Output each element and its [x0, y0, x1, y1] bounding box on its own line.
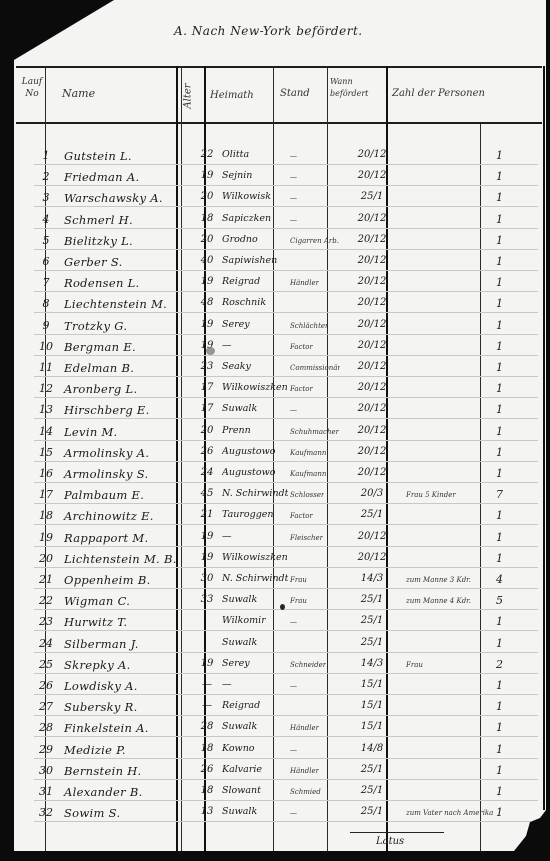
col-divider-persons-count: [480, 124, 481, 851]
row-rule: [34, 461, 538, 462]
row-number: 17: [34, 488, 58, 501]
row-age: 17: [196, 403, 218, 414]
row-count: 7: [496, 488, 503, 501]
row-age: 48: [196, 297, 218, 308]
row-date: 25/1: [346, 637, 398, 648]
row-number: 30: [34, 764, 58, 777]
row-home: Kalvarie: [222, 764, 262, 775]
col-divider-name-age-b: [181, 66, 182, 851]
row-age: 19: [196, 276, 218, 287]
row-count: 1: [496, 297, 503, 310]
col-divider-name-age-a: [176, 66, 178, 851]
row-rule: [34, 418, 538, 419]
row-age: 18: [196, 743, 218, 754]
row-date: 25/1: [346, 509, 398, 520]
row-count: 1: [496, 382, 503, 395]
row-date: 14/3: [346, 658, 398, 669]
row-home: Olitta: [222, 149, 249, 160]
row-age: 33: [196, 594, 218, 605]
row-home: Augustowo: [222, 467, 275, 478]
row-note: Frau 5 Kinder: [406, 491, 456, 499]
row-home: Slowant: [222, 785, 261, 796]
row-age: 20: [196, 425, 218, 436]
header-zahl-der-personen: Zahl der Personen: [392, 88, 485, 100]
row-rule: [34, 397, 538, 398]
row-home: —: [222, 679, 232, 690]
header-lauf-no: Lauf No: [20, 76, 44, 100]
row-home: Wilkomir: [222, 615, 266, 626]
row-name: Levin M.: [64, 425, 118, 439]
row-number: 32: [34, 806, 58, 819]
row-rule: [34, 758, 538, 759]
row-number: 21: [34, 573, 58, 586]
row-date: 20/12: [346, 340, 398, 351]
row-stand: —: [290, 406, 297, 414]
row-age: 19: [196, 552, 218, 563]
row-stand: Cigarren Arb.: [290, 237, 339, 245]
row-age: 17: [196, 382, 218, 393]
row-stand: —: [290, 152, 297, 160]
row-age: —: [196, 679, 218, 690]
row-rule: [34, 206, 538, 207]
row-name: Silberman J.: [64, 637, 139, 651]
row-home: Wilkowisk: [222, 191, 271, 202]
row-rule: [34, 736, 538, 737]
row-number: 29: [34, 743, 58, 756]
row-name: Hirschberg E.: [64, 403, 150, 417]
row-date: 20/12: [346, 170, 398, 181]
row-rule: [34, 249, 538, 250]
row-rule: [34, 312, 538, 313]
row-number: 27: [34, 700, 58, 713]
row-name: Friedman A.: [64, 170, 139, 184]
row-date: 25/1: [346, 191, 398, 202]
row-date: 20/12: [346, 382, 398, 393]
row-number: 22: [34, 594, 58, 607]
row-age: 45: [196, 488, 218, 499]
row-number: 19: [34, 531, 58, 544]
row-count: 1: [496, 340, 503, 353]
row-date: 14/3: [346, 573, 398, 584]
row-stand: Händler: [290, 767, 319, 775]
row-name: Archinowitz E.: [64, 509, 154, 523]
row-stand: Commissionär: [290, 364, 340, 372]
row-number: 31: [34, 785, 58, 798]
header-bottom-rule: [16, 122, 542, 124]
row-date: 20/3: [346, 488, 398, 499]
row-stand: Kaufmann: [290, 449, 326, 457]
row-count: 1: [496, 446, 503, 459]
row-name: Schmerl H.: [64, 213, 133, 227]
row-date: 20/12: [346, 149, 398, 160]
row-rule: [34, 503, 538, 504]
row-stand: Factor: [290, 343, 313, 351]
row-date: 20/12: [346, 467, 398, 478]
row-date: 25/1: [346, 764, 398, 775]
header-alter: Alter: [183, 83, 195, 108]
row-count: 1: [496, 615, 503, 628]
row-name: Armolinsky A.: [64, 446, 149, 460]
ink-blot: [280, 604, 285, 610]
row-stand: —: [290, 194, 297, 202]
row-rule: [34, 567, 538, 568]
row-home: Sapiczken: [222, 213, 271, 224]
row-rule: [34, 609, 538, 610]
row-count: 4: [496, 573, 503, 586]
row-name: Edelman B.: [64, 361, 134, 375]
row-home: Suwalk: [222, 806, 257, 817]
row-rule: [34, 715, 538, 716]
row-stand: —: [290, 682, 297, 690]
row-home: Suwalk: [222, 637, 257, 648]
page-number: 4: [528, 830, 539, 851]
row-age: 19: [196, 319, 218, 330]
row-count: 1: [496, 637, 503, 650]
row-count: 5: [496, 594, 503, 607]
header-stand: Stand: [280, 88, 310, 100]
row-home: —: [222, 531, 232, 542]
row-rule: [34, 673, 538, 674]
row-home: N. Schirwindt: [222, 573, 288, 584]
row-number: 1: [34, 149, 58, 162]
row-stand: Factor: [290, 512, 313, 520]
row-number: 4: [34, 213, 58, 226]
row-number: 24: [34, 637, 58, 650]
row-number: 26: [34, 679, 58, 692]
row-name: Liechtenstein M.: [64, 297, 167, 311]
row-home: Kowno: [222, 743, 255, 754]
row-rule: [34, 376, 538, 377]
row-number: 5: [34, 234, 58, 247]
row-rule: [34, 652, 538, 653]
row-count: 1: [496, 255, 503, 268]
row-home: Reigrad: [222, 700, 260, 711]
row-age: 30: [196, 573, 218, 584]
row-date: 20/12: [346, 552, 398, 563]
row-age: 19: [196, 170, 218, 181]
row-rule: [34, 546, 538, 547]
row-age: 20: [196, 191, 218, 202]
row-home: Sapiwishen: [222, 255, 277, 266]
row-age: 18: [196, 213, 218, 224]
row-name: Bielitzky L.: [64, 234, 133, 248]
row-home: Seaky: [222, 361, 251, 372]
row-home: Prenn: [222, 425, 251, 436]
row-number: 16: [34, 467, 58, 480]
ledger-page: A. Nach New-York befördert. Lauf No Name…: [14, 0, 546, 851]
row-name: Hurwitz T.: [64, 615, 127, 629]
row-name: Bergman E.: [64, 340, 136, 354]
row-age: 26: [196, 764, 218, 775]
row-age: 24: [196, 467, 218, 478]
row-number: 10: [34, 340, 58, 353]
row-number: 14: [34, 425, 58, 438]
row-home: Reigrad: [222, 276, 260, 287]
row-count: 1: [496, 785, 503, 798]
row-stand: Schlosser: [290, 491, 324, 499]
row-count: 1: [496, 425, 503, 438]
row-name: Gutstein L.: [64, 149, 132, 163]
row-age: 40: [196, 255, 218, 266]
row-count: 1: [496, 509, 503, 522]
row-stand: —: [290, 746, 297, 754]
row-count: 1: [496, 361, 503, 374]
row-date: 25/1: [346, 785, 398, 796]
row-name: Wigman C.: [64, 594, 130, 608]
latus-label: Latus: [376, 836, 404, 847]
row-number: 18: [34, 509, 58, 522]
row-name: Alexander B.: [64, 785, 143, 799]
row-name: Rodensen L.: [64, 276, 140, 290]
header-heimath: Heimath: [210, 90, 254, 102]
row-count: 1: [496, 403, 503, 416]
row-home: Roschnik: [222, 297, 266, 308]
row-count: 1: [496, 276, 503, 289]
row-count: 2: [496, 658, 503, 671]
row-count: 1: [496, 467, 503, 480]
row-name: Subersky R.: [64, 700, 138, 714]
row-date: 15/1: [346, 721, 398, 732]
row-rule: [34, 291, 538, 292]
row-date: 20/12: [346, 361, 398, 372]
row-number: 13: [34, 403, 58, 416]
row-rule: [34, 440, 538, 441]
row-date: 20/12: [346, 255, 398, 266]
col-divider-age-home: [204, 66, 206, 851]
header-top-rule: [16, 66, 542, 68]
row-name: Warschawsky A.: [64, 191, 163, 205]
row-stand: —: [290, 809, 297, 817]
row-stand: Händler: [290, 724, 319, 732]
row-name: Lowdisky A.: [64, 679, 138, 693]
row-home: Augustowo: [222, 446, 275, 457]
row-name: Gerber S.: [64, 255, 123, 269]
row-name: Aronberg L.: [64, 382, 137, 396]
row-rule: [34, 779, 538, 780]
row-home: Serey: [222, 319, 250, 330]
row-age: 20: [196, 234, 218, 245]
row-stand: Schmied: [290, 788, 321, 796]
row-home: Tauroggen: [222, 509, 274, 520]
row-name: Medizie P.: [64, 743, 126, 757]
row-stand: —: [290, 216, 297, 224]
row-count: 1: [496, 700, 503, 713]
row-name: Trotzky G.: [64, 319, 127, 333]
row-note: zum Manne 4 Kdr.: [406, 597, 471, 605]
row-number: 6: [34, 255, 58, 268]
row-count: 1: [496, 552, 503, 565]
row-rule: [34, 524, 538, 525]
row-home: Wilkowiszken: [222, 382, 288, 393]
page-right-edge: [543, 66, 545, 810]
row-name: Oppenheim B.: [64, 573, 151, 587]
row-rule: [34, 800, 538, 801]
row-date: 20/12: [346, 531, 398, 542]
row-home: Sejnin: [222, 170, 252, 181]
row-name: Palmbaum E.: [64, 488, 144, 502]
row-count: 1: [496, 149, 503, 162]
row-home: Grodno: [222, 234, 258, 245]
row-count: 1: [496, 679, 503, 692]
header-name: Name: [62, 88, 95, 100]
sum-underline: [350, 832, 444, 833]
row-count: 1: [496, 764, 503, 777]
row-age: 23: [196, 361, 218, 372]
row-rule: [34, 270, 538, 271]
row-number: 3: [34, 191, 58, 204]
col-divider-stand-date: [327, 66, 328, 851]
row-age: —: [196, 700, 218, 711]
row-count: 1: [496, 319, 503, 332]
row-age: 28: [196, 721, 218, 732]
row-home: Suwalk: [222, 594, 257, 605]
row-date: 25/1: [346, 806, 398, 817]
row-date: 20/12: [346, 234, 398, 245]
row-date: 20/12: [346, 403, 398, 414]
row-home: Suwalk: [222, 721, 257, 732]
row-date: 20/12: [346, 276, 398, 287]
row-stand: Händler: [290, 279, 319, 287]
row-rule: [34, 821, 538, 822]
row-date: 20/12: [346, 425, 398, 436]
row-note: zum Vater nach Amerika: [406, 809, 493, 817]
row-count: 1: [496, 234, 503, 247]
row-date: 20/12: [346, 213, 398, 224]
row-stand: Fleischer: [290, 534, 323, 542]
row-stand: Schlächter: [290, 322, 328, 330]
row-name: Sowim S.: [64, 806, 120, 820]
row-date: 20/12: [346, 446, 398, 457]
row-number: 2: [34, 170, 58, 183]
row-name: Finkelstein A.: [64, 721, 149, 735]
row-number: 7: [34, 276, 58, 289]
row-rule: [34, 334, 538, 335]
row-count: 1: [496, 806, 503, 819]
col-divider-date-persons: [386, 66, 388, 851]
row-stand: —: [290, 618, 297, 626]
row-age: 18: [196, 785, 218, 796]
row-number: 20: [34, 552, 58, 565]
row-count: 1: [496, 531, 503, 544]
row-name: Rappaport M.: [64, 531, 148, 545]
row-date: 20/12: [346, 319, 398, 330]
row-name: Lichtenstein M. B.: [64, 552, 177, 566]
row-name: Bernstein H.: [64, 764, 142, 778]
row-name: Skrepky A.: [64, 658, 131, 672]
row-stand: Kaufmann: [290, 470, 326, 478]
row-date: 20/12: [346, 297, 398, 308]
row-stand: Factor: [290, 385, 313, 393]
row-note: Frau: [406, 661, 423, 669]
row-number: 9: [34, 319, 58, 332]
row-date: 15/1: [346, 700, 398, 711]
row-name: Armolinsky S.: [64, 467, 148, 481]
row-number: 11: [34, 361, 58, 374]
row-stand: Frau: [290, 597, 307, 605]
row-rule: [34, 630, 538, 631]
row-note: zum Manne 3 Kdr.: [406, 576, 471, 584]
header-wann-befoerdert: Wann befördert: [330, 76, 384, 100]
row-stand: Frau: [290, 576, 307, 584]
row-count: 1: [496, 721, 503, 734]
row-rule: [34, 355, 538, 356]
row-home: N. Schirwindt: [222, 488, 288, 499]
row-stand: Schneider: [290, 661, 326, 669]
row-stand: —: [290, 173, 297, 181]
row-date: 15/1: [346, 679, 398, 690]
row-home: —: [222, 340, 232, 351]
row-rule: [34, 482, 538, 483]
row-age: 21: [196, 509, 218, 520]
row-number: 25: [34, 658, 58, 671]
row-date: 14/8: [346, 743, 398, 754]
col-divider-home-stand: [273, 66, 274, 851]
row-age: 19: [196, 531, 218, 542]
row-rule: [34, 164, 538, 165]
row-number: 12: [34, 382, 58, 395]
row-rule: [34, 185, 538, 186]
row-rule: [34, 694, 538, 695]
row-stand: Schuhmacher: [290, 428, 339, 436]
row-age: 26: [196, 446, 218, 457]
row-home: Wilkowiszken: [222, 552, 288, 563]
row-age: 13: [196, 806, 218, 817]
row-date: 25/1: [346, 594, 398, 605]
row-number: 28: [34, 721, 58, 734]
row-age: 19: [196, 658, 218, 669]
row-count: 1: [496, 213, 503, 226]
row-count: 1: [496, 743, 503, 756]
row-rule: [34, 228, 538, 229]
row-number: 15: [34, 446, 58, 459]
row-date: 25/1: [346, 615, 398, 626]
row-age: 22: [196, 149, 218, 160]
page-title: A. Nach New-York befördert.: [174, 24, 434, 38]
row-rule: [34, 588, 538, 589]
ink-blot: [206, 347, 215, 355]
row-number: 8: [34, 297, 58, 310]
row-home: Serey: [222, 658, 250, 669]
row-count: 1: [496, 170, 503, 183]
row-count: 1: [496, 191, 503, 204]
row-home: Suwalk: [222, 403, 257, 414]
row-number: 23: [34, 615, 58, 628]
